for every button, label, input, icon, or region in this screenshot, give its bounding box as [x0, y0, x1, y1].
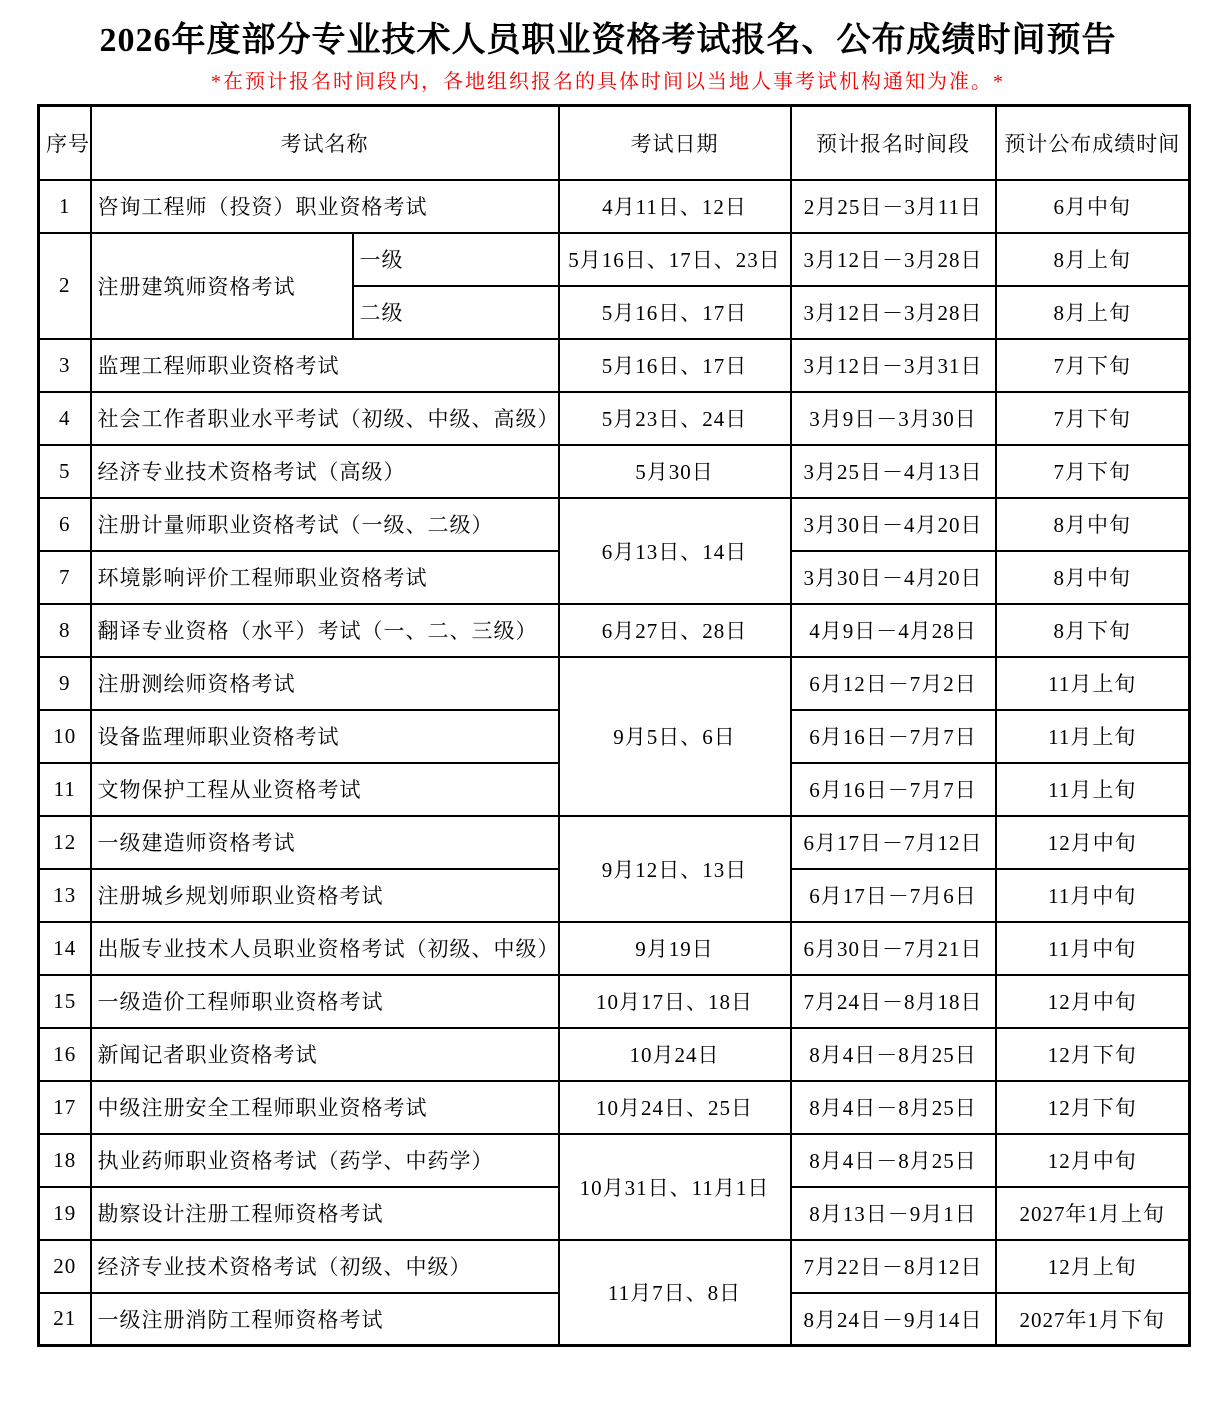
table-row: 15 一级造价工程师职业资格考试 10月17日、18日 7月24日－8月18日 … [39, 975, 1190, 1028]
exam-name-cell: 社会工作者职业水平考试（初级、中级、高级） [91, 392, 559, 445]
exam-name-cell: 新闻记者职业资格考试 [91, 1028, 559, 1081]
table-row: 16 新闻记者职业资格考试 10月24日 8月4日－8月25日 12月下旬 [39, 1028, 1190, 1081]
row-no-cell: 20 [39, 1240, 91, 1293]
table-row: 14 出版专业技术人员职业资格考试（初级、中级） 9月19日 6月30日－7月2… [39, 922, 1190, 975]
notice-page: 2026年度部分专业技术人员职业资格考试报名、公布成绩时间预告 *在预计报名时间… [0, 0, 1216, 1402]
reg-period-cell: 6月12日－7月2日 [791, 657, 996, 710]
table-row: 5 经济专业技术资格考试（高级） 5月30日 3月25日－4月13日 7月下旬 [39, 445, 1190, 498]
reg-period-cell: 3月25日－4月13日 [791, 445, 996, 498]
col-header-no: 序号 [39, 106, 91, 180]
reg-period-cell: 6月17日－7月12日 [791, 816, 996, 869]
exam-date-cell: 10月24日、25日 [559, 1081, 791, 1134]
exam-name-cell: 咨询工程师（投资）职业资格考试 [91, 180, 559, 233]
exam-name-cell: 翻译专业资格（水平）考试（一、二、三级） [91, 604, 559, 657]
row-no-cell: 8 [39, 604, 91, 657]
row-no-cell: 3 [39, 339, 91, 392]
exam-date-cell: 5月16日、17日 [559, 339, 791, 392]
exam-date-cell: 10月31日、11月1日 [559, 1134, 791, 1240]
result-time-cell: 11月上旬 [996, 763, 1190, 816]
result-time-cell: 6月中旬 [996, 180, 1190, 233]
exam-date-cell: 5月23日、24日 [559, 392, 791, 445]
exam-date-cell: 5月30日 [559, 445, 791, 498]
col-header-reg-period: 预计报名时间段 [791, 106, 996, 180]
result-time-cell: 12月下旬 [996, 1081, 1190, 1134]
result-time-cell: 8月上旬 [996, 286, 1190, 339]
row-no-cell: 1 [39, 180, 91, 233]
row-no-cell: 6 [39, 498, 91, 551]
result-time-cell: 8月上旬 [996, 233, 1190, 286]
exam-name-cell: 勘察设计注册工程师资格考试 [91, 1187, 559, 1240]
table-row: 3 监理工程师职业资格考试 5月16日、17日 3月12日－3月31日 7月下旬 [39, 339, 1190, 392]
row-no-cell: 9 [39, 657, 91, 710]
exam-date-cell: 4月11日、12日 [559, 180, 791, 233]
exam-name-cell: 出版专业技术人员职业资格考试（初级、中级） [91, 922, 559, 975]
reg-period-cell: 7月22日－8月12日 [791, 1240, 996, 1293]
row-no-cell: 18 [39, 1134, 91, 1187]
result-time-cell: 11月上旬 [996, 657, 1190, 710]
exam-name-cell: 执业药师职业资格考试（药学、中药学） [91, 1134, 559, 1187]
exam-name-cell: 注册测绘师资格考试 [91, 657, 559, 710]
reg-period-cell: 8月4日－8月25日 [791, 1081, 996, 1134]
exam-name-cell: 经济专业技术资格考试（初级、中级） [91, 1240, 559, 1293]
table-row: 9 注册测绘师资格考试 9月5日、6日 6月12日－7月2日 11月上旬 [39, 657, 1190, 710]
result-time-cell: 12月中旬 [996, 816, 1190, 869]
table-row: 17 中级注册安全工程师职业资格考试 10月24日、25日 8月4日－8月25日… [39, 1081, 1190, 1134]
exam-date-cell: 6月27日、28日 [559, 604, 791, 657]
exam-date-cell: 5月16日、17日、23日 [559, 233, 791, 286]
table-row: 8 翻译专业资格（水平）考试（一、二、三级） 6月27日、28日 4月9日－4月… [39, 604, 1190, 657]
exam-name-cell: 注册建筑师资格考试 [91, 233, 353, 339]
result-time-cell: 8月下旬 [996, 604, 1190, 657]
col-header-result-time: 预计公布成绩时间 [996, 106, 1190, 180]
exam-name-cell: 注册城乡规划师职业资格考试 [91, 869, 559, 922]
result-time-cell: 12月下旬 [996, 1028, 1190, 1081]
row-no-cell: 14 [39, 922, 91, 975]
table-row: 12 一级建造师资格考试 9月12日、13日 6月17日－7月12日 12月中旬 [39, 816, 1190, 869]
note-text: *在预计报名时间段内，各地组织报名的具体时间以当地人事考试机构通知为准。* [0, 65, 1216, 94]
exam-date-cell: 9月19日 [559, 922, 791, 975]
reg-period-cell: 8月13日－9月1日 [791, 1187, 996, 1240]
table-row: 2 注册建筑师资格考试 一级 5月16日、17日、23日 3月12日－3月28日… [39, 233, 1190, 286]
result-time-cell: 12月中旬 [996, 1134, 1190, 1187]
result-time-cell: 12月中旬 [996, 975, 1190, 1028]
exam-name-cell: 一级造价工程师职业资格考试 [91, 975, 559, 1028]
table-row: 4 社会工作者职业水平考试（初级、中级、高级） 5月23日、24日 3月9日－3… [39, 392, 1190, 445]
row-no-cell: 7 [39, 551, 91, 604]
table-row: 20 经济专业技术资格考试（初级、中级） 11月7日、8日 7月22日－8月12… [39, 1240, 1190, 1293]
result-time-cell: 2027年1月上旬 [996, 1187, 1190, 1240]
row-no-cell: 10 [39, 710, 91, 763]
row-no-cell: 17 [39, 1081, 91, 1134]
exam-date-cell: 9月12日、13日 [559, 816, 791, 922]
row-no-cell: 21 [39, 1293, 91, 1346]
exam-name-cell: 环境影响评价工程师职业资格考试 [91, 551, 559, 604]
reg-period-cell: 8月4日－8月25日 [791, 1028, 996, 1081]
reg-period-cell: 3月9日－3月30日 [791, 392, 996, 445]
reg-period-cell: 6月30日－7月21日 [791, 922, 996, 975]
exam-level-cell: 一级 [353, 233, 559, 286]
reg-period-cell: 8月4日－8月25日 [791, 1134, 996, 1187]
reg-period-cell: 3月12日－3月28日 [791, 286, 996, 339]
page-title: 2026年度部分专业技术人员职业资格考试报名、公布成绩时间预告 [0, 12, 1216, 61]
reg-period-cell: 2月25日－3月11日 [791, 180, 996, 233]
result-time-cell: 7月下旬 [996, 339, 1190, 392]
reg-period-cell: 3月12日－3月31日 [791, 339, 996, 392]
exam-name-cell: 中级注册安全工程师职业资格考试 [91, 1081, 559, 1134]
exam-date-cell: 5月16日、17日 [559, 286, 791, 339]
result-time-cell: 11月上旬 [996, 710, 1190, 763]
reg-period-cell: 6月16日－7月7日 [791, 763, 996, 816]
row-no-cell: 5 [39, 445, 91, 498]
result-time-cell: 7月下旬 [996, 445, 1190, 498]
exam-date-cell: 11月7日、8日 [559, 1240, 791, 1346]
table-row: 6 注册计量师职业资格考试（一级、二级） 6月13日、14日 3月30日－4月2… [39, 498, 1190, 551]
row-no-cell: 13 [39, 869, 91, 922]
exam-name-cell: 一级建造师资格考试 [91, 816, 559, 869]
exam-name-cell: 注册计量师职业资格考试（一级、二级） [91, 498, 559, 551]
result-time-cell: 11月中旬 [996, 922, 1190, 975]
col-header-exam-date: 考试日期 [559, 106, 791, 180]
row-no-cell: 2 [39, 233, 91, 339]
table-row: 1 咨询工程师（投资）职业资格考试 4月11日、12日 2月25日－3月11日 … [39, 180, 1190, 233]
row-no-cell: 11 [39, 763, 91, 816]
exam-date-cell: 10月17日、18日 [559, 975, 791, 1028]
result-time-cell: 2027年1月下旬 [996, 1293, 1190, 1346]
row-no-cell: 19 [39, 1187, 91, 1240]
exam-name-cell: 一级注册消防工程师资格考试 [91, 1293, 559, 1346]
result-time-cell: 7月下旬 [996, 392, 1190, 445]
result-time-cell: 8月中旬 [996, 551, 1190, 604]
reg-period-cell: 6月17日－7月6日 [791, 869, 996, 922]
row-no-cell: 16 [39, 1028, 91, 1081]
exam-name-cell: 经济专业技术资格考试（高级） [91, 445, 559, 498]
result-time-cell: 11月中旬 [996, 869, 1190, 922]
result-time-cell: 12月上旬 [996, 1240, 1190, 1293]
exam-schedule-table: 序号 考试名称 考试日期 预计报名时间段 预计公布成绩时间 1 咨询工程师（投资… [37, 104, 1191, 1347]
reg-period-cell: 8月24日－9月14日 [791, 1293, 996, 1346]
row-no-cell: 12 [39, 816, 91, 869]
reg-period-cell: 3月30日－4月20日 [791, 551, 996, 604]
row-no-cell: 4 [39, 392, 91, 445]
exam-level-cell: 二级 [353, 286, 559, 339]
reg-period-cell: 4月9日－4月28日 [791, 604, 996, 657]
exam-name-cell: 文物保护工程从业资格考试 [91, 763, 559, 816]
reg-period-cell: 6月16日－7月7日 [791, 710, 996, 763]
reg-period-cell: 3月12日－3月28日 [791, 233, 996, 286]
row-no-cell: 15 [39, 975, 91, 1028]
exam-date-cell: 10月24日 [559, 1028, 791, 1081]
reg-period-cell: 7月24日－8月18日 [791, 975, 996, 1028]
col-header-exam-name: 考试名称 [91, 106, 559, 180]
exam-name-cell: 设备监理师职业资格考试 [91, 710, 559, 763]
exam-date-cell: 6月13日、14日 [559, 498, 791, 604]
table-row: 18 执业药师职业资格考试（药学、中药学） 10月31日、11月1日 8月4日－… [39, 1134, 1190, 1187]
header-row: 序号 考试名称 考试日期 预计报名时间段 预计公布成绩时间 [39, 106, 1190, 180]
reg-period-cell: 3月30日－4月20日 [791, 498, 996, 551]
exam-date-cell: 9月5日、6日 [559, 657, 791, 816]
result-time-cell: 8月中旬 [996, 498, 1190, 551]
exam-name-cell: 监理工程师职业资格考试 [91, 339, 559, 392]
